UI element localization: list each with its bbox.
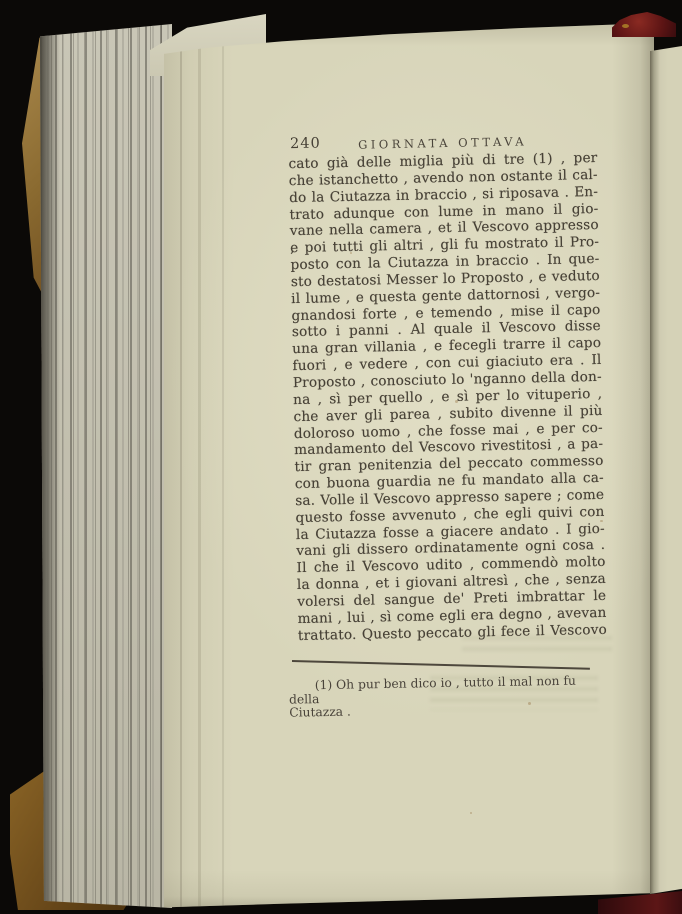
facing-page-edge: [650, 46, 682, 894]
foxing-spot: [470, 812, 472, 814]
text-block: 240 GIORNATA OTTAVA cato già delle migli…: [288, 130, 607, 645]
page-edge-streak: [222, 20, 224, 910]
body-text: cato già delle miglia più di tre (1) , p…: [288, 150, 607, 645]
book-scan-photo: 240 GIORNATA OTTAVA cato già delle migli…: [0, 0, 682, 914]
footnote: (1) Oh pur ben dico io , tutto il mal no…: [289, 674, 598, 720]
headband-top: [612, 12, 676, 37]
page-edge-streak: [198, 20, 201, 910]
headband-gold-fleck: [622, 24, 629, 28]
page-edge-streak: [180, 20, 182, 910]
page-number: 240: [290, 135, 321, 152]
page-fore-edges: [40, 24, 172, 908]
